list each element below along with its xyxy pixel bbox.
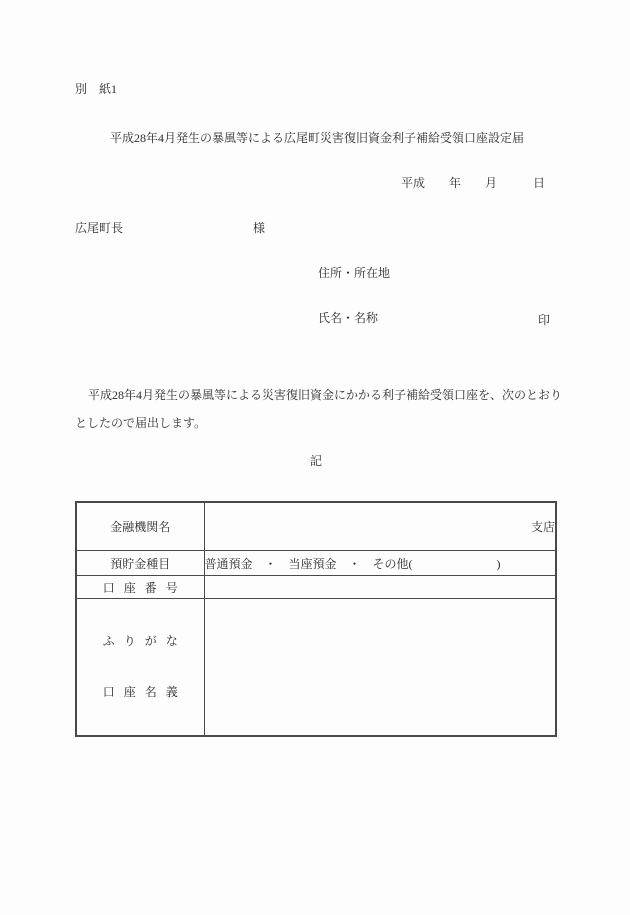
furigana-label: ふりがな (77, 633, 204, 650)
deposit-type-label: 預貯金種目 (76, 551, 204, 576)
addressee-honorific: 様 (253, 221, 265, 236)
table-row-account-holder: ふりがな 口座名義 (76, 599, 556, 737)
seal-mark: 印 (538, 313, 550, 328)
bank-account-table: 金融機関名 支店 預貯金種目 普通預金 ・ 当座預金 ・ その他( ) 口座番号… (75, 501, 557, 737)
table-row-financial-institution: 金融機関名 支店 (76, 502, 556, 551)
branch-suffix: 支店 (531, 520, 555, 534)
document-page: 別 紙1 平成28年4月発生の暴風等による広尾町災害復旧資金利子補給受領口座設定… (0, 0, 630, 915)
address-label: 住所・所在地 (318, 266, 390, 281)
deposit-type-options: 普通預金 ・ 当座預金 ・ その他( ) (204, 551, 556, 576)
body-paragraph-line-2: としたので届出します。 (75, 416, 206, 431)
table-row-deposit-type: 預貯金種目 普通預金 ・ 当座預金 ・ その他( ) (76, 551, 556, 576)
date-line: 平成 年 月 日 (75, 176, 545, 191)
account-number-label: 口座番号 (76, 576, 204, 599)
name-label: 氏名・名称 (318, 311, 378, 326)
corner-label: 別 紙1 (75, 82, 117, 97)
financial-institution-label: 金融機関名 (76, 502, 204, 551)
financial-institution-blank-cell: 支店 (204, 502, 556, 551)
account-holder-label: ふりがな 口座名義 (76, 599, 204, 737)
body-paragraph-line-1: 平成28年4月発生の暴風等による災害復旧資金にかかる利子補給受領口座を、次のとお… (88, 388, 562, 403)
account-holder-blank-cell (204, 599, 556, 737)
addressee: 広尾町長 (75, 221, 123, 236)
record-marker: 記 (75, 454, 557, 469)
document-title: 平成28年4月発生の暴風等による広尾町災害復旧資金利子補給受領口座設定届 (110, 131, 524, 146)
account-name-label: 口座名義 (77, 684, 204, 701)
table-row-account-number: 口座番号 (76, 576, 556, 599)
account-number-blank-cell (204, 576, 556, 599)
